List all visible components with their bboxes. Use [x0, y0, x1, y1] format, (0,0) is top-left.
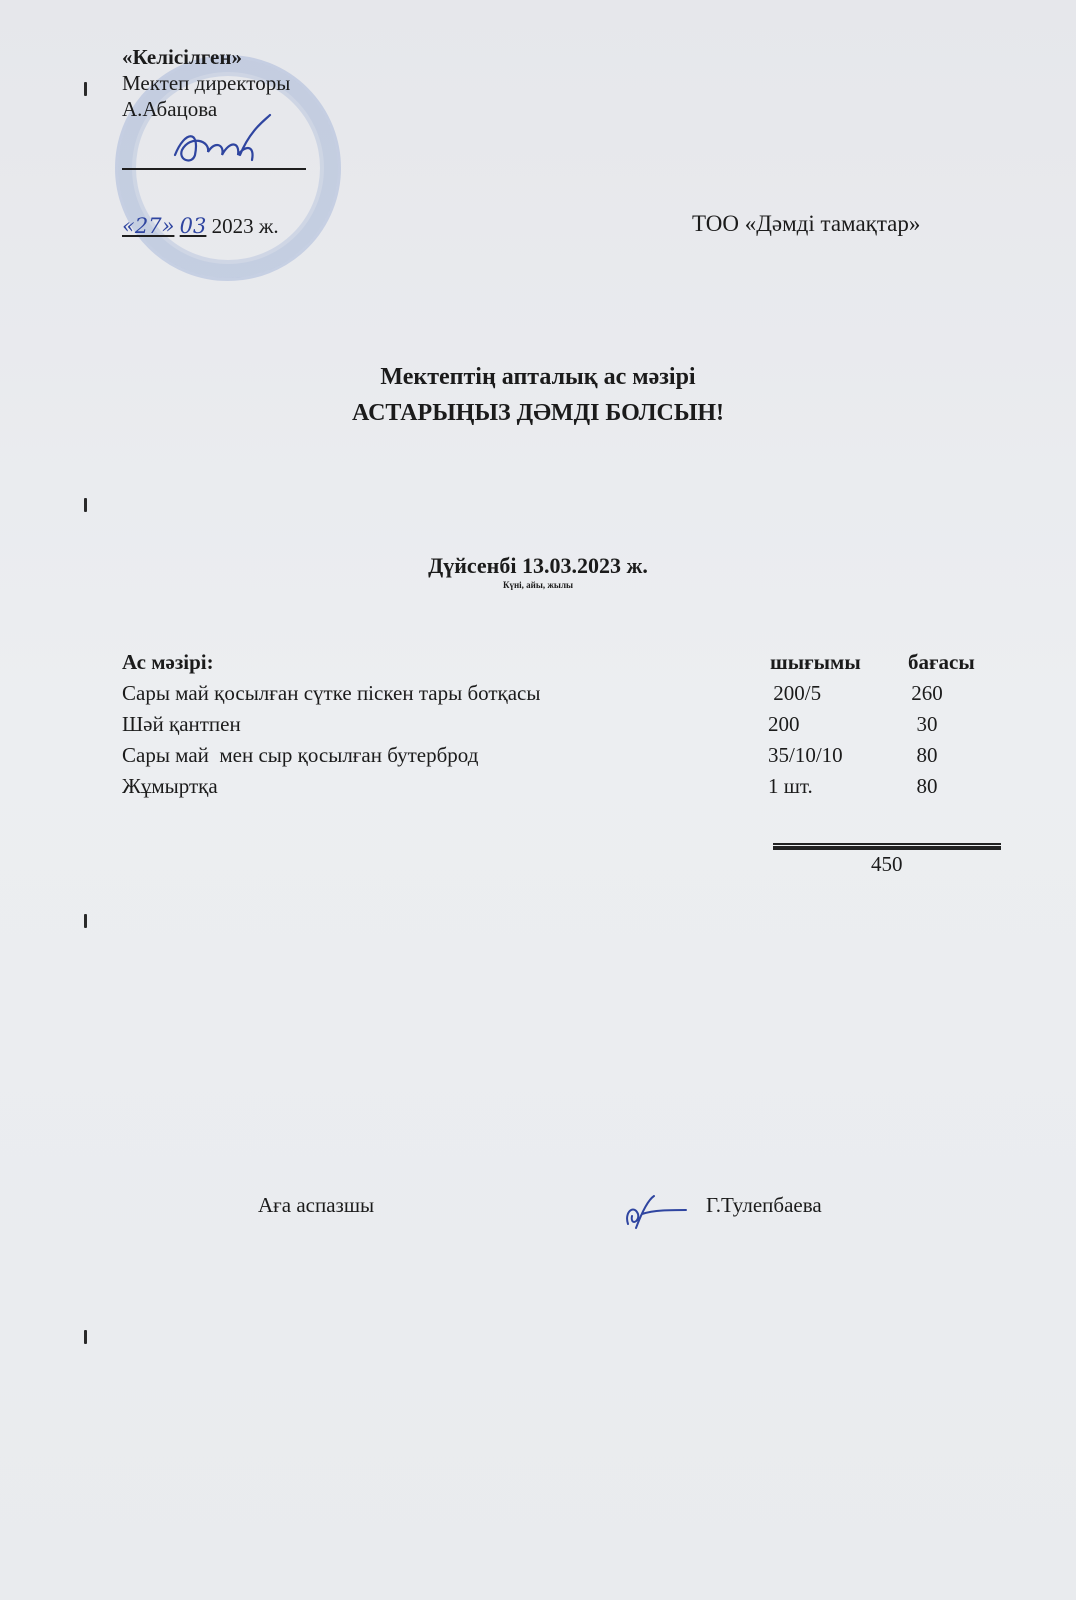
- menu-slogan: АСТАРЫҢЫЗ ДӘМДІ БОЛСЫН!: [0, 400, 1076, 427]
- menu-day: Дүйсенбі 13.03.2023 ж.: [0, 553, 1076, 579]
- header-yield: шығымы: [770, 650, 861, 675]
- menu-table-header: Ас мәзірі: шығымы бағасы: [122, 650, 1012, 681]
- chef-signature-icon: [620, 1192, 690, 1232]
- dish-name: Шәй қантпен: [122, 712, 241, 737]
- menu-title: Мектептің апталық ас мәзірі: [0, 364, 1076, 391]
- approval-date-year: 2023 ж.: [212, 214, 279, 238]
- chef-title: Аға аспазшы: [258, 1193, 374, 1218]
- menu-row: Сары май мен сыр қосылған бутерброд 35/1…: [122, 743, 1012, 774]
- dish-name: Сары май қосылған сүтке піскен тары ботқ…: [122, 681, 540, 706]
- dish-yield: 35/10/10: [768, 743, 843, 768]
- company-name: ТОО «Дәмді тамақтар»: [692, 211, 920, 237]
- header-dish: Ас мәзірі:: [122, 650, 214, 675]
- margin-mark: [84, 1330, 87, 1344]
- chef-name: Г.Тулепбаева: [706, 1193, 822, 1218]
- dish-price: 30: [892, 712, 962, 737]
- approval-heading: «Келісілген»: [122, 44, 290, 70]
- dish-yield: 1 шт.: [768, 774, 813, 799]
- dish-name: Жұмыртқа: [122, 774, 218, 799]
- header-price: бағасы: [908, 650, 975, 675]
- menu-row: Сары май қосылған сүтке піскен тары ботқ…: [122, 681, 1012, 712]
- total-divider: [773, 843, 1001, 850]
- director-signature-icon: [170, 110, 280, 170]
- margin-mark: [84, 914, 87, 928]
- dish-price: 80: [892, 774, 962, 799]
- menu-day-caption: Күні, айы, жылы: [0, 580, 1076, 590]
- dish-yield: 200: [768, 712, 800, 737]
- dish-name: Сары май мен сыр қосылған бутерброд: [122, 743, 478, 768]
- menu-row: Жұмыртқа 1 шт. 80: [122, 774, 1012, 805]
- signature-line: [122, 168, 306, 170]
- dish-price: 80: [892, 743, 962, 768]
- dish-price: 260: [892, 681, 962, 706]
- menu-total: 450: [871, 852, 903, 877]
- menu-table: Ас мәзірі: шығымы бағасы Сары май қосылғ…: [122, 650, 1012, 805]
- approval-date-day: «27»: [122, 214, 174, 238]
- margin-mark: [84, 498, 87, 512]
- margin-mark: [84, 82, 87, 96]
- approval-position: Мектеп директоры: [122, 70, 290, 96]
- menu-row: Шәй қантпен 200 30: [122, 712, 1012, 743]
- dish-yield: 200/5: [768, 681, 821, 706]
- approval-date-month: 03: [180, 214, 207, 238]
- document-page: «Келісілген» Мектеп директоры А.Абацова …: [0, 0, 1076, 1600]
- approval-date: «27» 03 2023 ж.: [122, 214, 279, 239]
